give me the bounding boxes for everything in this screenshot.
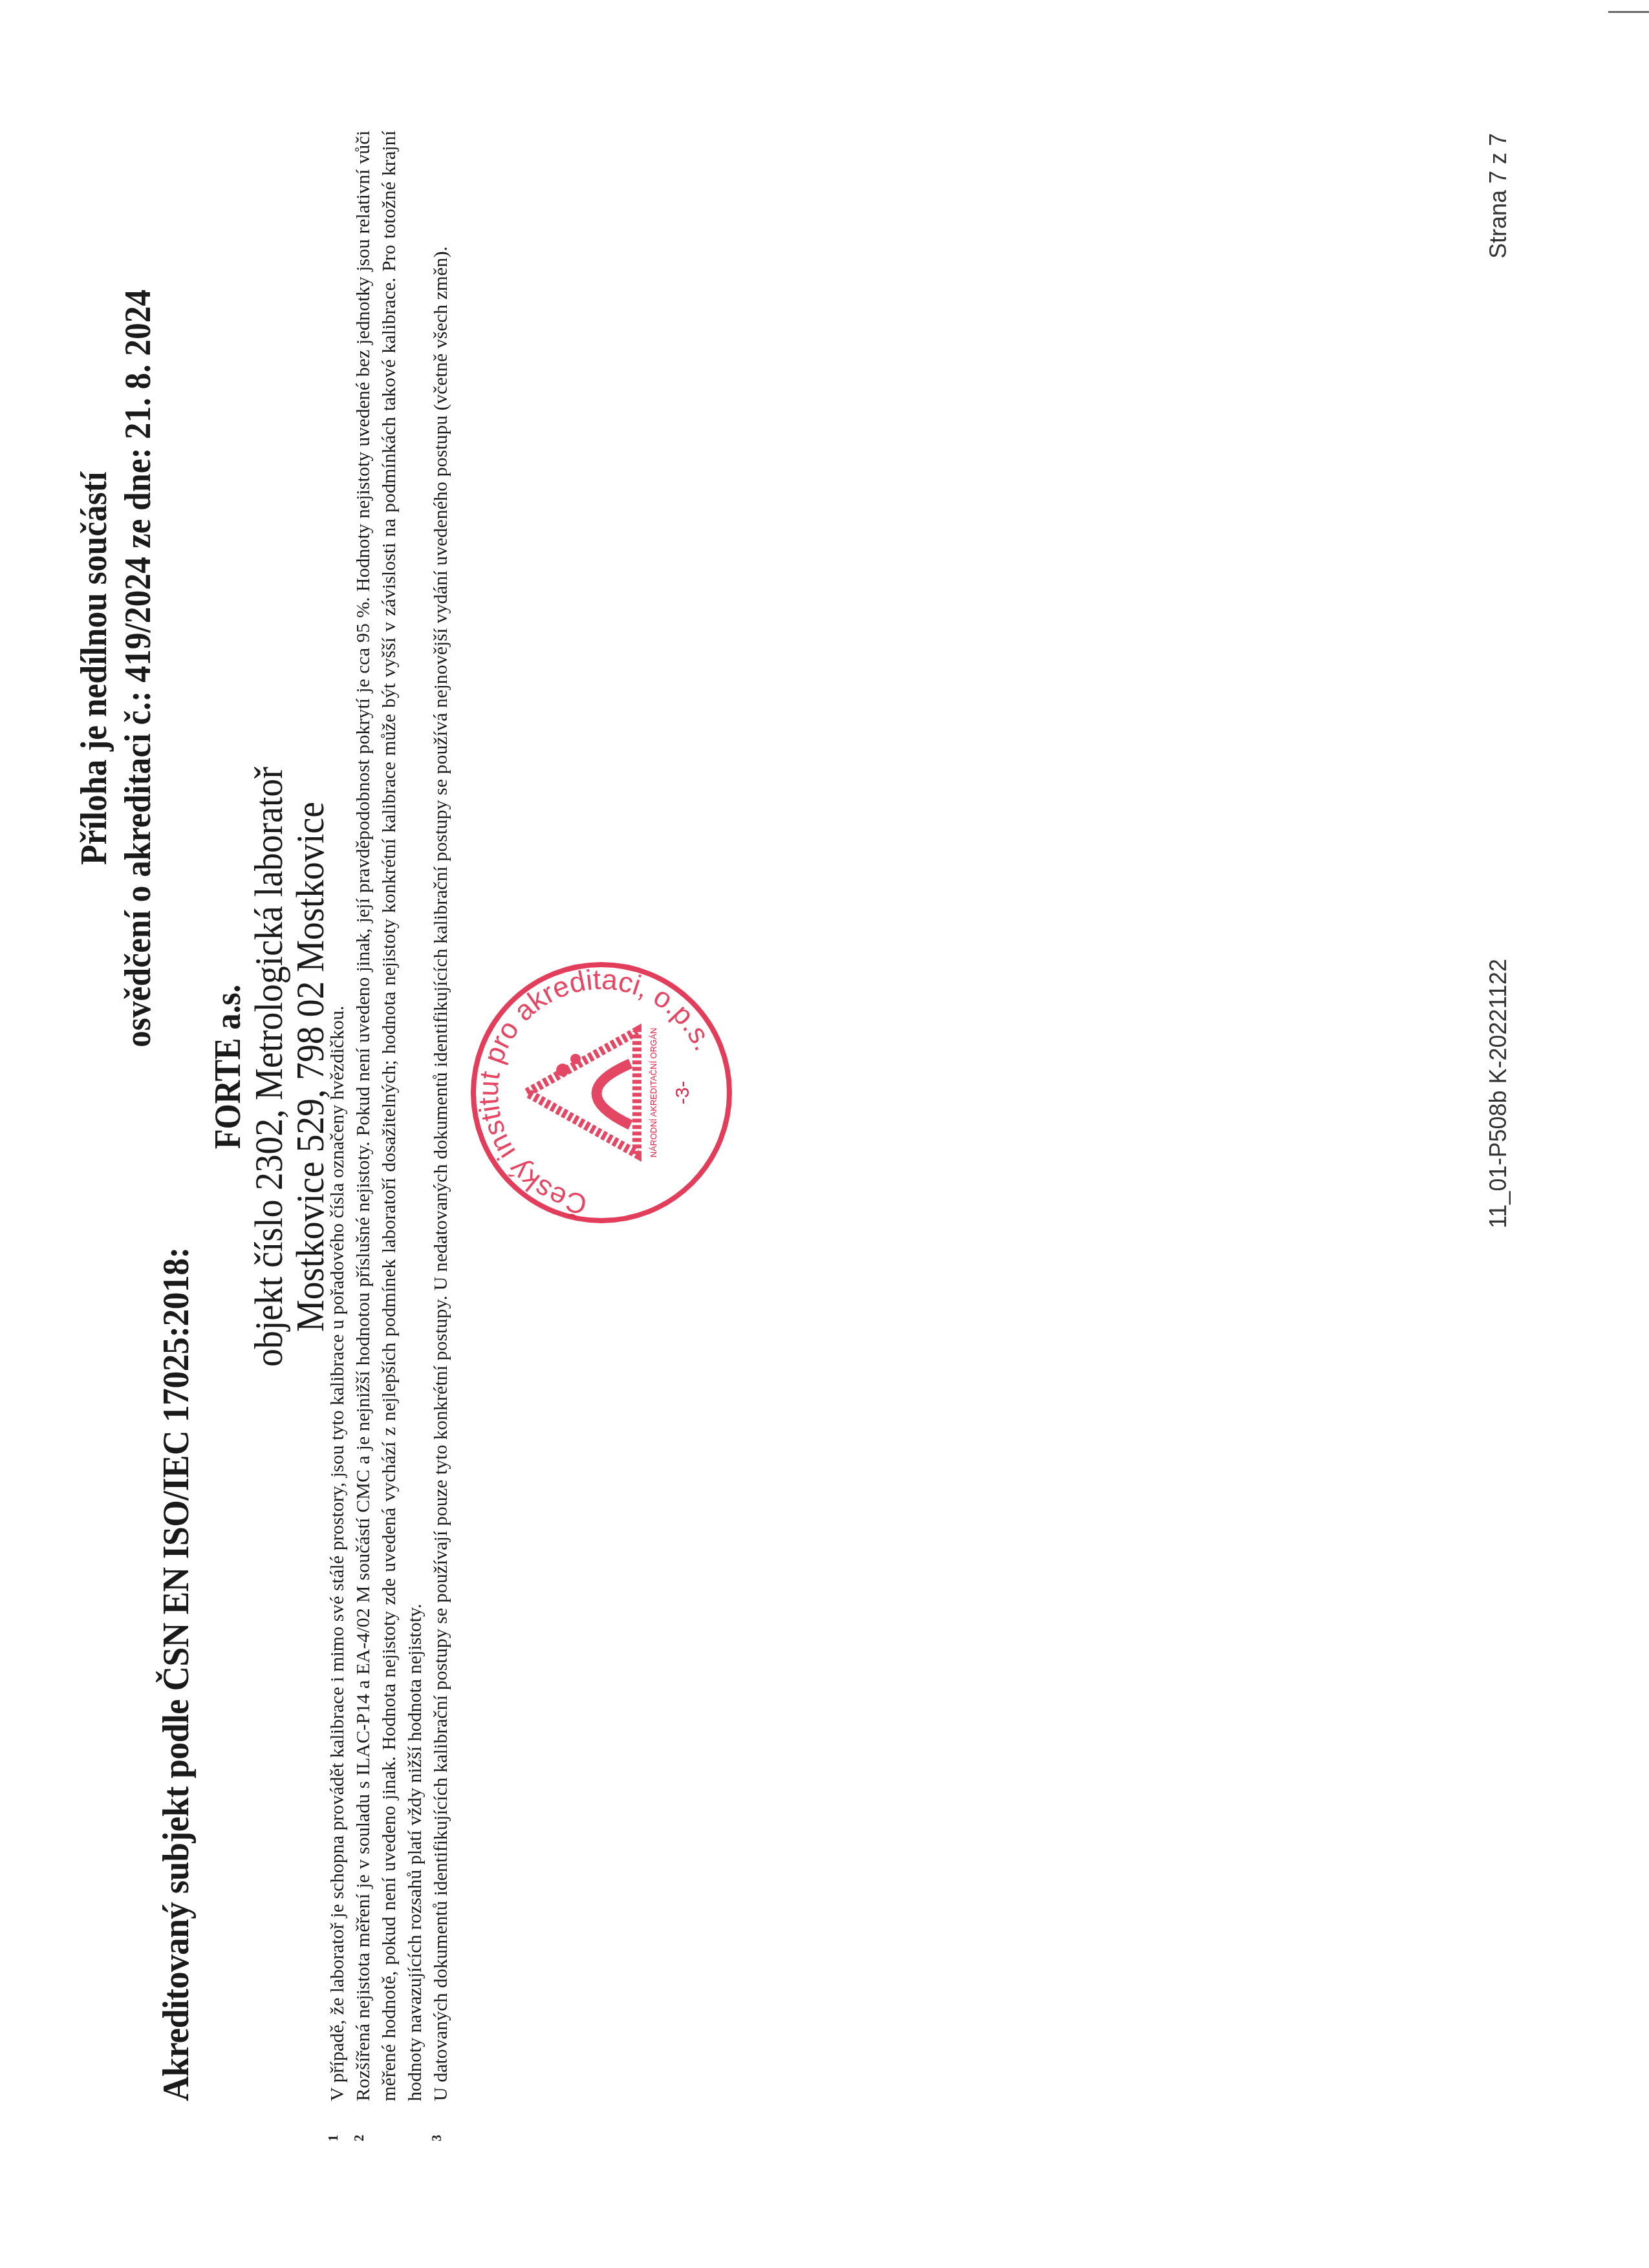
footnote-text: Rozšířená nejistota měření je v souladu … xyxy=(350,131,428,2101)
footnote: 3 U datovaných dokumentů identifikujícíc… xyxy=(428,131,454,2141)
footnote-number: 1 xyxy=(321,2135,347,2141)
page-number: Strana 7 z 7 xyxy=(1485,133,1512,259)
annex-header-line1: Příloha je nedílnou součástí xyxy=(72,290,116,1047)
footnote: 1 V případě, že laboratoř je schopna pro… xyxy=(325,131,350,2141)
annex-header-line2: osvědčení o akreditaci č.: 419/2024 ze d… xyxy=(116,290,160,1047)
accreditation-stamp: Český institut pro akreditaci, o.p.s. NÁ… xyxy=(466,957,737,1228)
form-code: 11_01-P508b K-20221122 xyxy=(1485,959,1512,1228)
footnote: 2 Rozšířená nejistota měření je v soulad… xyxy=(350,131,428,2141)
stamp-inner-text: NÁRODNÍ AKREDITAČNÍ ORGÁN xyxy=(649,1028,658,1158)
footnote-text: U datovaných dokumentů identifikujících … xyxy=(428,131,454,2101)
footnote-number: 3 xyxy=(424,2135,450,2141)
document-title: Akreditovaný subjekt podle ČSN EN ISO/IE… xyxy=(154,1247,197,2101)
laboratory-object: objekt číslo 2302, Metrologická laborato… xyxy=(248,659,290,1474)
laboratory-block: FORTE a.s. objekt číslo 2302, Metrologic… xyxy=(208,614,331,1519)
stamp-number: -3- xyxy=(672,1081,693,1105)
accreditation-logo-icon xyxy=(527,1031,637,1154)
footnote-number: 2 xyxy=(347,2135,372,2141)
stamp-seal-icon: Český institut pro akreditaci, o.p.s. NÁ… xyxy=(466,957,737,1228)
laboratory-name: FORTE a.s. xyxy=(208,659,248,1474)
annex-header: Příloha je nedílnou součástí osvědčení o… xyxy=(72,290,160,1047)
document-page: Akreditovaný subjekt podle ČSN EN ISO/IE… xyxy=(0,0,1649,2268)
footnote-text: V případě, že laboratoř je schopna prová… xyxy=(325,131,350,2101)
footnotes: 1 V případě, že laboratoř je schopna pro… xyxy=(325,131,454,2141)
